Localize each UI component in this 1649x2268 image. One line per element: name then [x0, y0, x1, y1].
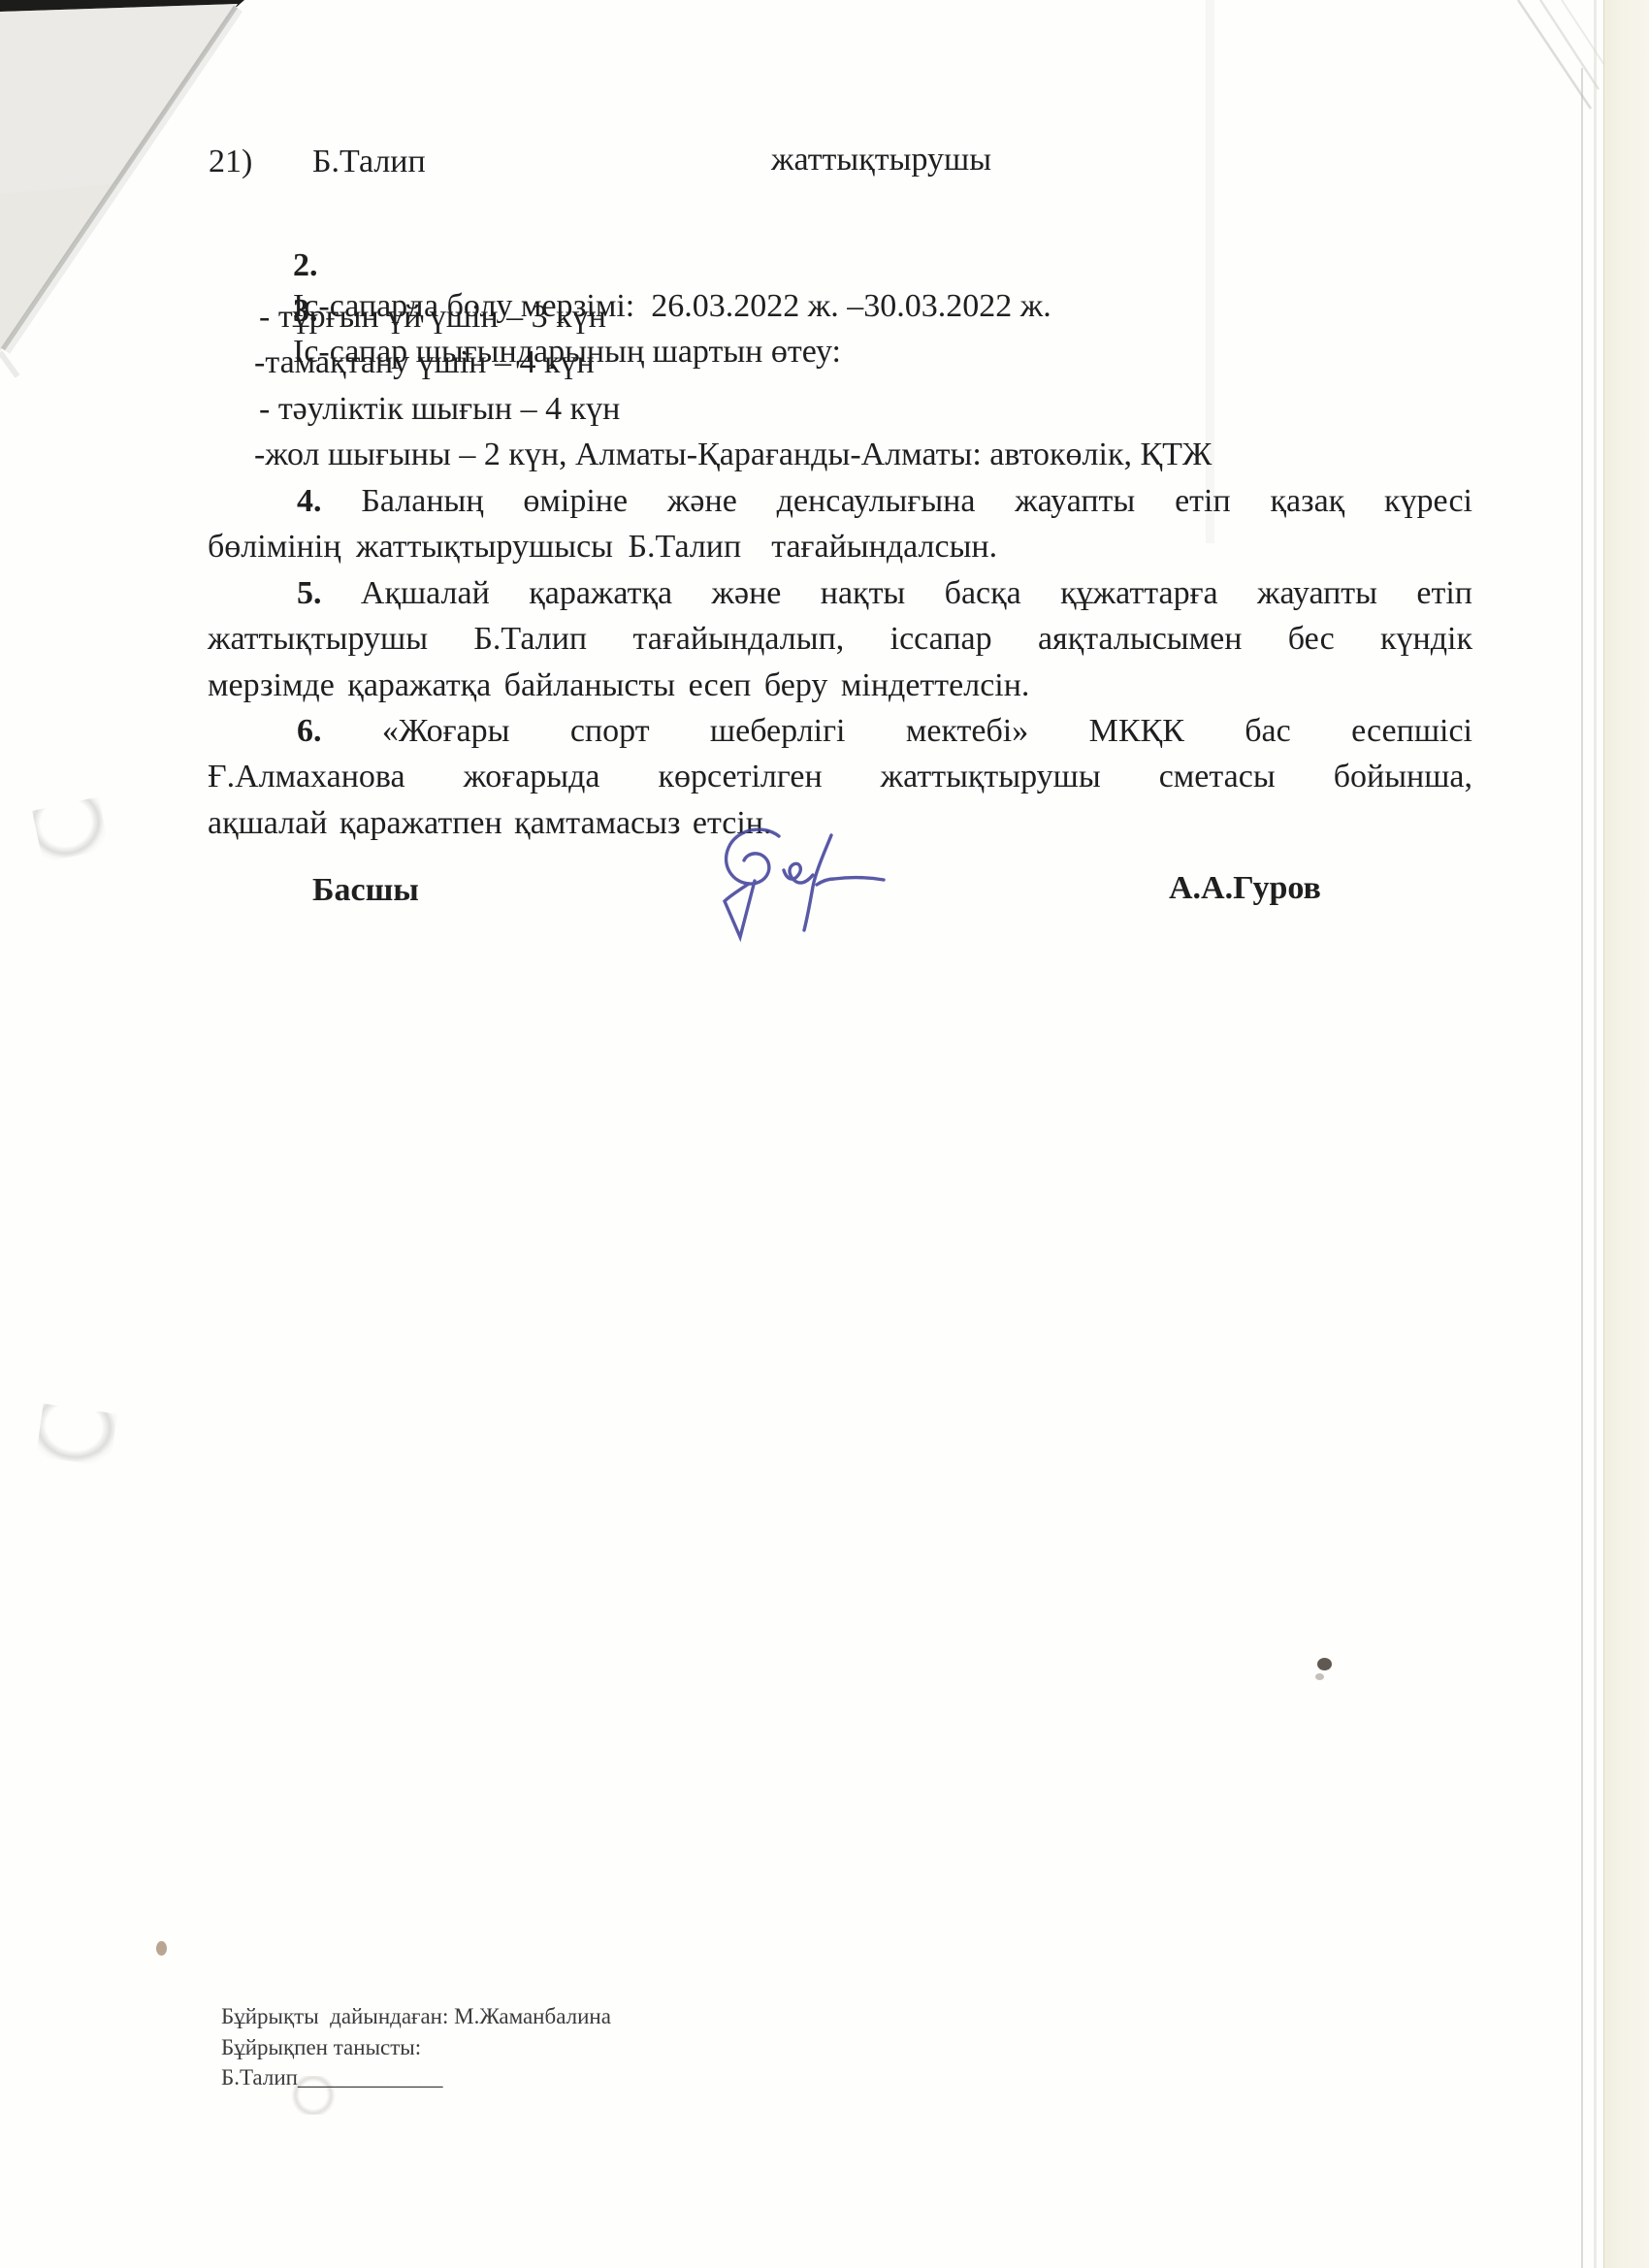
para-4-text-1: Баланың өміріне және денсаулығына жауапт…: [361, 483, 1472, 519]
expense-line-meals: -тамақтану үшін – 4 күн: [254, 342, 595, 383]
right-page-edge-band: [1603, 0, 1649, 2268]
para-6-line-2: Ғ.Алмаханова жоғарыда көрсетілген жаттық…: [208, 757, 1472, 797]
para-6-text-1: «Жоғары спорт шеберлігі мектебі» МКҚК ба…: [382, 713, 1472, 749]
para-5-line-3: мерзімде қаражатқа байланысты есеп беру …: [208, 665, 1029, 706]
para-5-line-1: 5. Ақшалай қаражатқа және нақты басқа құ…: [297, 573, 1472, 614]
para-4-number: 4.: [297, 483, 322, 519]
expense-line-travel: -жол шығыны – 2 күн, Алматы-Қарағанды-Ал…: [254, 435, 1212, 475]
para-6-line-1: 6. «Жоғары спорт шеберлігі мектебі» МКҚК…: [297, 711, 1472, 752]
entry-role: жаттықтырушы: [771, 140, 991, 180]
expense-line-daily: - тәуліктік шығын – 4 күн: [259, 389, 620, 430]
para-4-line-1: 4. Баланың өміріне және денсаулығына жау…: [297, 481, 1472, 522]
right-page-edge-line-2: [1594, 0, 1597, 2268]
expense-line-housing: - тұрғын үй үшін – 3 күн: [259, 297, 606, 338]
small-speck: [1317, 1658, 1332, 1670]
para-5-text-1: Ақшалай қаражатқа және нақты басқа құжат…: [361, 575, 1472, 611]
signer-title: Басшы: [312, 870, 419, 911]
footer-acquainted: Бұйрықпен танысты:: [221, 2033, 421, 2061]
page-stack-corner-artifact: [1436, 0, 1649, 175]
paper-curl-mark: [32, 796, 110, 862]
right-page-edge-line: [1581, 68, 1583, 2268]
para-4-line-2: бөлімінің жаттықтырушысы Б.Талип тағайын…: [208, 527, 997, 567]
footer-prepared-by: Бұйрықты дайындаған: М.Жаманбалина: [221, 2002, 611, 2030]
signer-name: А.А.Гуров: [1169, 868, 1321, 909]
para-5-number: 5.: [297, 575, 322, 611]
scanned-document-page: 21) Б.Талип жаттықтырушы 2. Іс-сапарда б…: [0, 0, 1649, 2268]
entry-number: 21): [209, 142, 252, 182]
small-speck-faint: [1315, 1673, 1324, 1680]
para-6-line-3: ақшалай қаражатпен қамтамасыз етсін.: [208, 803, 772, 844]
para-5-line-2: жаттықтырушы Б.Талип тағайындалып, іссап…: [208, 619, 1472, 660]
para-6-number: 6.: [297, 713, 322, 749]
footer-signature-line: Б.Талип_____________: [221, 2063, 442, 2091]
small-stain: [156, 1941, 167, 1956]
paper-curl-mark: [36, 1404, 117, 1467]
folded-corner-artifact: [0, 0, 272, 378]
entry-name: Б.Талип: [312, 142, 426, 182]
